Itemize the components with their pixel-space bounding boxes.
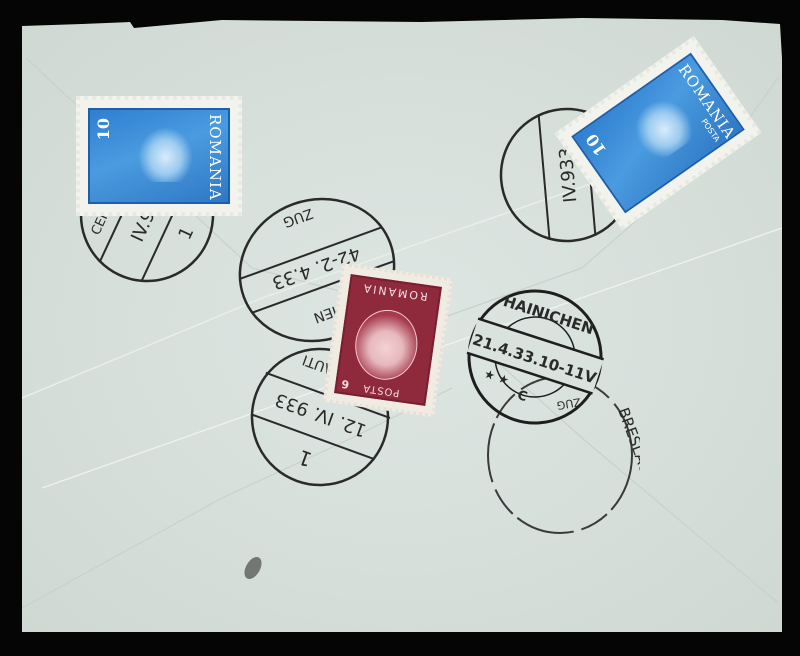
stamp-center-posta: POSTA [337,378,426,401]
svg-text:C: C [515,388,529,405]
postmark-hainichen: 21.4.33.10-11V HAINICHEN C ★ ★ [460,282,610,432]
rider-icon [624,89,701,166]
svg-text:1: 1 [295,445,315,472]
stamp-center-design: POSTA 6 ROMANIA [334,274,442,406]
stamp-left-design: 10 ROMANIA [88,108,230,204]
rider-icon [138,127,193,182]
stamp-right-value: 10 [582,130,610,159]
stamp-left-country: ROMANIA [206,114,224,201]
svg-text:★ ★: ★ ★ [482,367,510,388]
portrait-icon [351,306,422,384]
stamp-center-country: ROMANIA [350,279,439,304]
svg-text:BRESLAU-BEUTH: BRESLAU-BEUTH [614,405,640,529]
stamp-center: POSTA 6 ROMANIA [323,263,453,417]
stamp-left: 10 ROMANIA [76,96,242,216]
svg-text:1: 1 [174,224,198,243]
stamp-left-value: 10 [94,118,113,140]
